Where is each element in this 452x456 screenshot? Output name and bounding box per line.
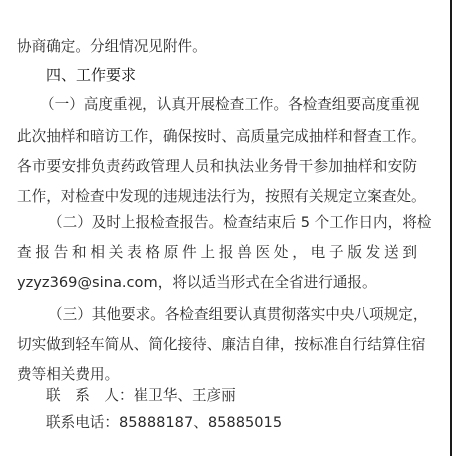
paragraph-line: 切实做到轻车简从、简化接待、廉洁自律，按标准自行结算住宿 (17, 336, 417, 354)
paragraph-line: （三）其他要求。各检查组要认真贯彻落实中央八项规定， (48, 306, 427, 324)
email-line: yzyz369@sina.com，将以适当形式在全省进行通报。 (17, 274, 377, 292)
paragraph-line: 此次抽样和暗访工作，确保按时、高质量完成抽样和督查工作。 (17, 128, 417, 146)
paragraph-line: 各市要安排负责药政管理人员和执法业务骨干参加抽样和安防 (17, 158, 417, 176)
paragraph-line: （一）高度重视，认真开展检查工作。各检查组要高度重视 (40, 96, 416, 114)
paragraph-line: 工作，对检查中发现的违规违法行为，按照有关规定立案查处。 (17, 188, 417, 206)
section-heading: 四、工作要求 (46, 66, 136, 84)
contact-phone: 联系电话：85888187、85885015 (46, 414, 282, 432)
contact-persons: 联 系 人：崔卫华、王彦丽 (46, 387, 236, 405)
paragraph-line: 费等相关费用。 (17, 366, 119, 384)
paragraph-line: （二）及时上报检查报告。检查结束后 5 个工作日内，将检 (48, 214, 431, 232)
paragraph-line: 查报告和相关表格原件上报兽医处，电子版发送到 (17, 244, 417, 262)
paragraph-line: 协商确定。分组情况见附件。 (17, 38, 207, 56)
